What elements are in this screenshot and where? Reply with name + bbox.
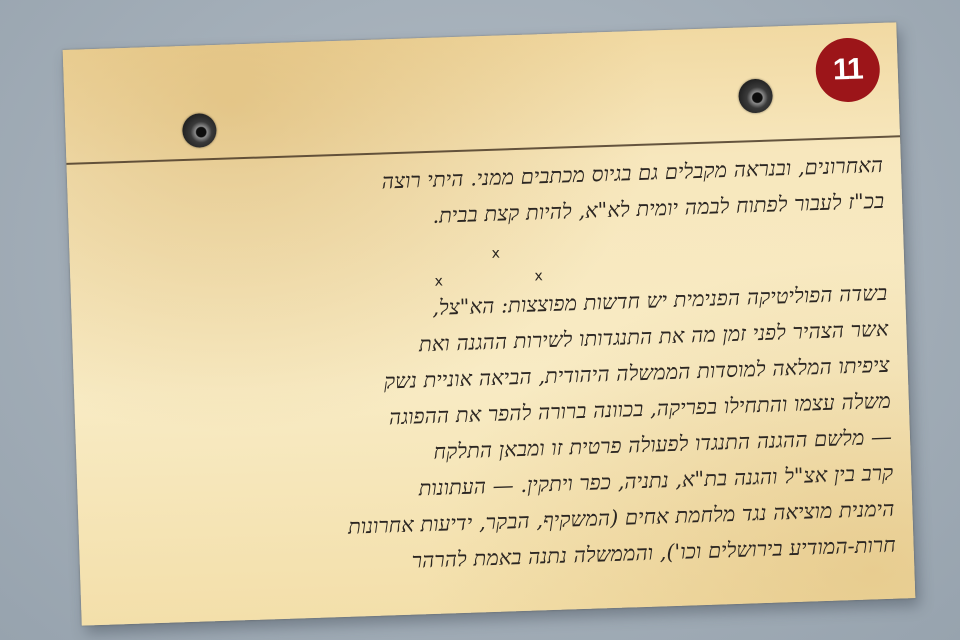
x-mark: x bbox=[434, 264, 443, 300]
x-mark: x bbox=[534, 258, 543, 294]
punch-hole-left-icon bbox=[182, 113, 217, 148]
x-mark: x bbox=[491, 236, 500, 272]
handwritten-text: האחרונים, ובנראה מקבלים גם בגיוס מכתבים … bbox=[91, 147, 896, 589]
punch-hole-right-icon bbox=[738, 78, 773, 113]
page-background: 11 האחרונים, ובנראה מקבלים גם בגיוס מכתב… bbox=[0, 0, 960, 640]
page-number-badge: 11 bbox=[815, 37, 881, 103]
handwritten-index-card: 11 האחרונים, ובנראה מקבלים גם בגיוס מכתב… bbox=[63, 22, 916, 625]
page-number: 11 bbox=[832, 52, 863, 87]
